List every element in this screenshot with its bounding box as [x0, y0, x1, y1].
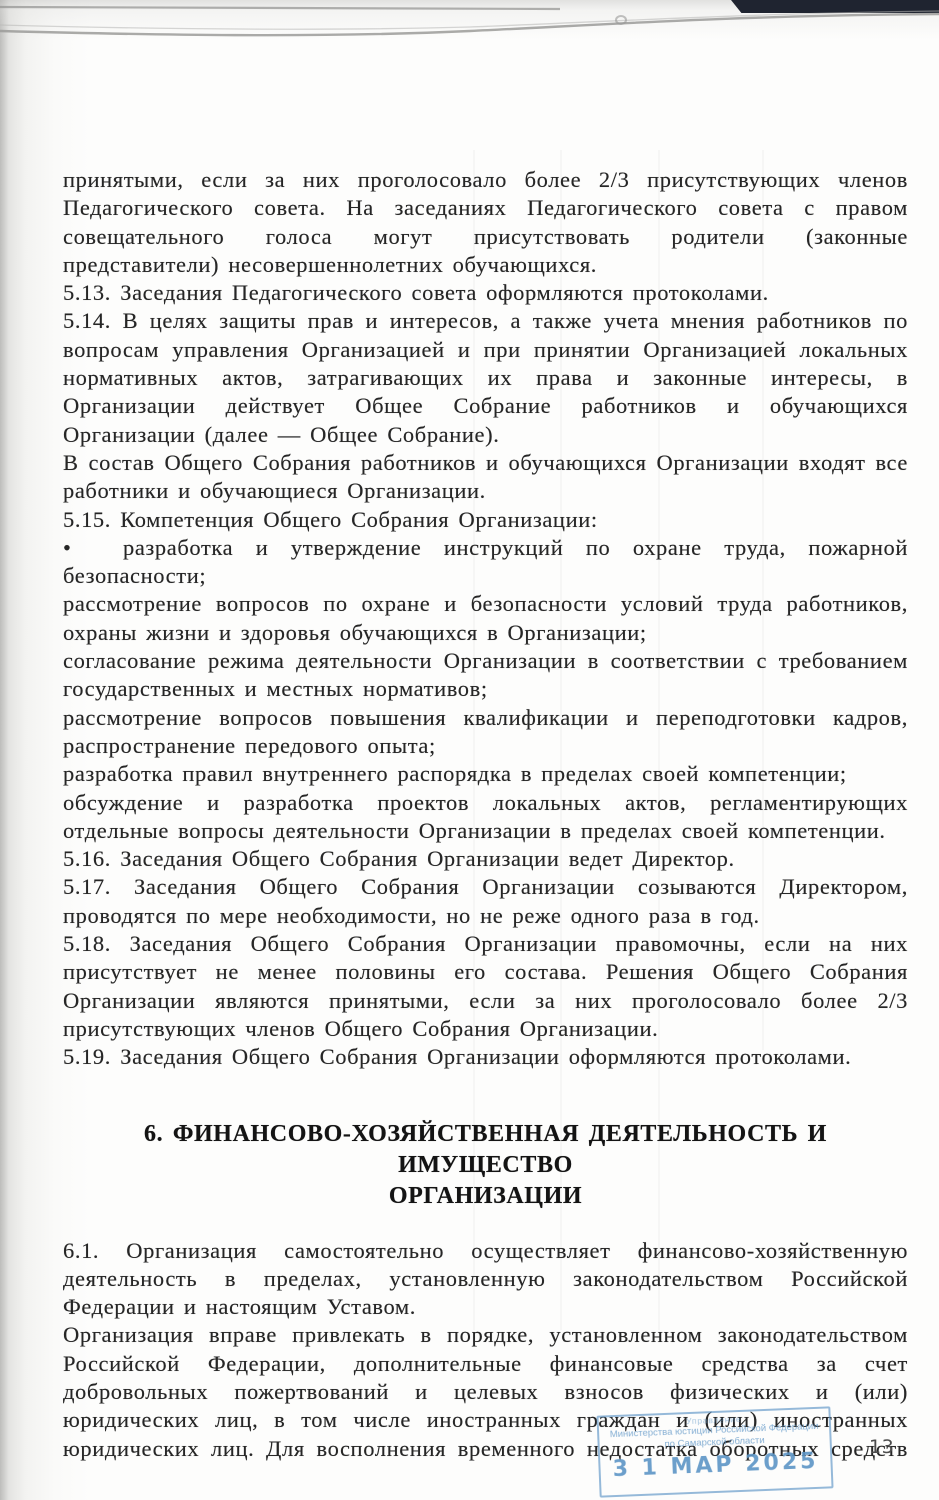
text-line: деятельность в пределах, установленную з…: [63, 1265, 908, 1293]
text-line: Федерации и настоящим Уставом.: [63, 1293, 908, 1321]
text-line: Организации являются принятыми, если за …: [63, 987, 908, 1015]
text-line: совещательного голоса могут присутствова…: [63, 223, 908, 251]
text-line: отдельные вопросы деятельности Организац…: [63, 817, 908, 845]
paragraph: 5.19. Заседания Общего Собрания Организа…: [63, 1043, 908, 1071]
paragraph: 5.16. Заседания Общего Собрания Организа…: [63, 845, 908, 873]
text-line: Организации (далее — Общее Собрание).: [63, 421, 908, 449]
paragraph: 5.18. Заседания Общего Собрания Организа…: [63, 930, 908, 1043]
text-line: обсуждение и разработка проектов локальн…: [63, 789, 908, 817]
text-line: принятыми, если за них проголосовало бол…: [63, 166, 908, 194]
paragraph: рассмотрение вопросов повышения квалифик…: [63, 704, 908, 761]
paragraph: 6.1. Организация самостоятельно осуществ…: [63, 1237, 908, 1322]
text-line: распространение передового опыта;: [63, 732, 908, 760]
paragraph: 5.14. В целях защиты прав и интересов, а…: [63, 307, 908, 448]
text-line: 5.19. Заседания Общего Собрания Организа…: [63, 1043, 908, 1071]
text-line: 5.16. Заседания Общего Собрания Организа…: [63, 845, 908, 873]
paragraph: 5.15. Компетенция Общего Собрания Органи…: [63, 506, 908, 534]
text-line: добровольных пожертвований и целевых взн…: [63, 1378, 908, 1406]
text-line: представители) несовершеннолетних обучаю…: [63, 251, 908, 279]
text-line: В состав Общего Собрания работников и об…: [63, 449, 908, 477]
stamp-date: 3 1 МАР 2025: [612, 1449, 819, 1482]
scan-wavy-line: [0, 0, 939, 60]
text-line: присутствующих членов Общего Собрания Ор…: [63, 1015, 908, 1043]
text-line: 5.15. Компетенция Общего Собрания Органи…: [63, 506, 908, 534]
stamp-org-line3: по Самарской области: [664, 1435, 765, 1451]
text-line: вопросам управления Организацией и при п…: [63, 336, 908, 364]
heading-line: 6. ФИНАНСОВО-ХОЗЯЙСТВЕННАЯ ДЕЯТЕЛЬНОСТЬ …: [63, 1119, 908, 1181]
text-line: Педагогического совета. На заседаниях Пе…: [63, 194, 908, 222]
text-line: охраны жизни и здоровья обучающихся в Ор…: [63, 619, 908, 647]
text-line: проводятся по мере необходимости, но не …: [63, 902, 908, 930]
text-line: рассмотрение вопросов повышения квалифик…: [63, 704, 908, 732]
paragraph: •разработка и утверждение инструкций по …: [63, 534, 908, 591]
text-line: 6.1. Организация самостоятельно осуществ…: [63, 1237, 908, 1265]
text-line: •разработка и утверждение инструкций по …: [63, 534, 908, 562]
text-line: разработка правил внутреннего распорядка…: [63, 760, 908, 788]
paragraph: разработка правил внутреннего распорядка…: [63, 760, 908, 788]
paragraph: 5.13. Заседания Педагогического совета о…: [63, 279, 908, 307]
text-line: 5.13. Заседания Педагогического совета о…: [63, 279, 908, 307]
section-heading: 6. ФИНАНСОВО-ХОЗЯЙСТВЕННАЯ ДЕЯТЕЛЬНОСТЬ …: [63, 1119, 908, 1212]
page-number: 13: [869, 1436, 894, 1458]
text-line: государственных и местных нормативов;: [63, 675, 908, 703]
heading-line: ОРГАНИЗАЦИИ: [63, 1181, 908, 1212]
text-line: Организации действует Общее Собрание раб…: [63, 392, 908, 420]
scanned-document-page: принятыми, если за них проголосовало бол…: [0, 0, 939, 1500]
text-line: присутствует не менее половины его соста…: [63, 958, 908, 986]
text-line: Организация вправе привлекать в порядке,…: [63, 1321, 908, 1349]
paragraph: согласование режима деятельности Организ…: [63, 647, 908, 704]
text-line: безопасности;: [63, 562, 908, 590]
paragraph: рассмотрение вопросов по охране и безопа…: [63, 590, 908, 647]
document-text: принятыми, если за них проголосовало бол…: [63, 166, 908, 1463]
text-line: 5.17. Заседания Общего Собрания Организа…: [63, 873, 908, 901]
text-line: 5.14. В целях защиты прав и интересов, а…: [63, 307, 908, 335]
text-line: Российской Федерации, дополнительные фин…: [63, 1350, 908, 1378]
text-line: работники и обучающиеся Организации.: [63, 477, 908, 505]
text-line: согласование режима деятельности Организ…: [63, 647, 908, 675]
paragraph: В состав Общего Собрания работников и об…: [63, 449, 908, 506]
bullet-marker: •: [63, 534, 123, 562]
paragraph: принятыми, если за них проголосовало бол…: [63, 166, 908, 279]
text-line: рассмотрение вопросов по охране и безопа…: [63, 590, 908, 618]
paragraph: обсуждение и разработка проектов локальн…: [63, 789, 908, 846]
text-line: нормативных актов, затрагивающих их прав…: [63, 364, 908, 392]
registration-stamp: Управление Министерства юстиции Российск…: [596, 1406, 833, 1497]
paragraph: 5.17. Заседания Общего Собрания Организа…: [63, 873, 908, 930]
text-line: 5.18. Заседания Общего Собрания Организа…: [63, 930, 908, 958]
